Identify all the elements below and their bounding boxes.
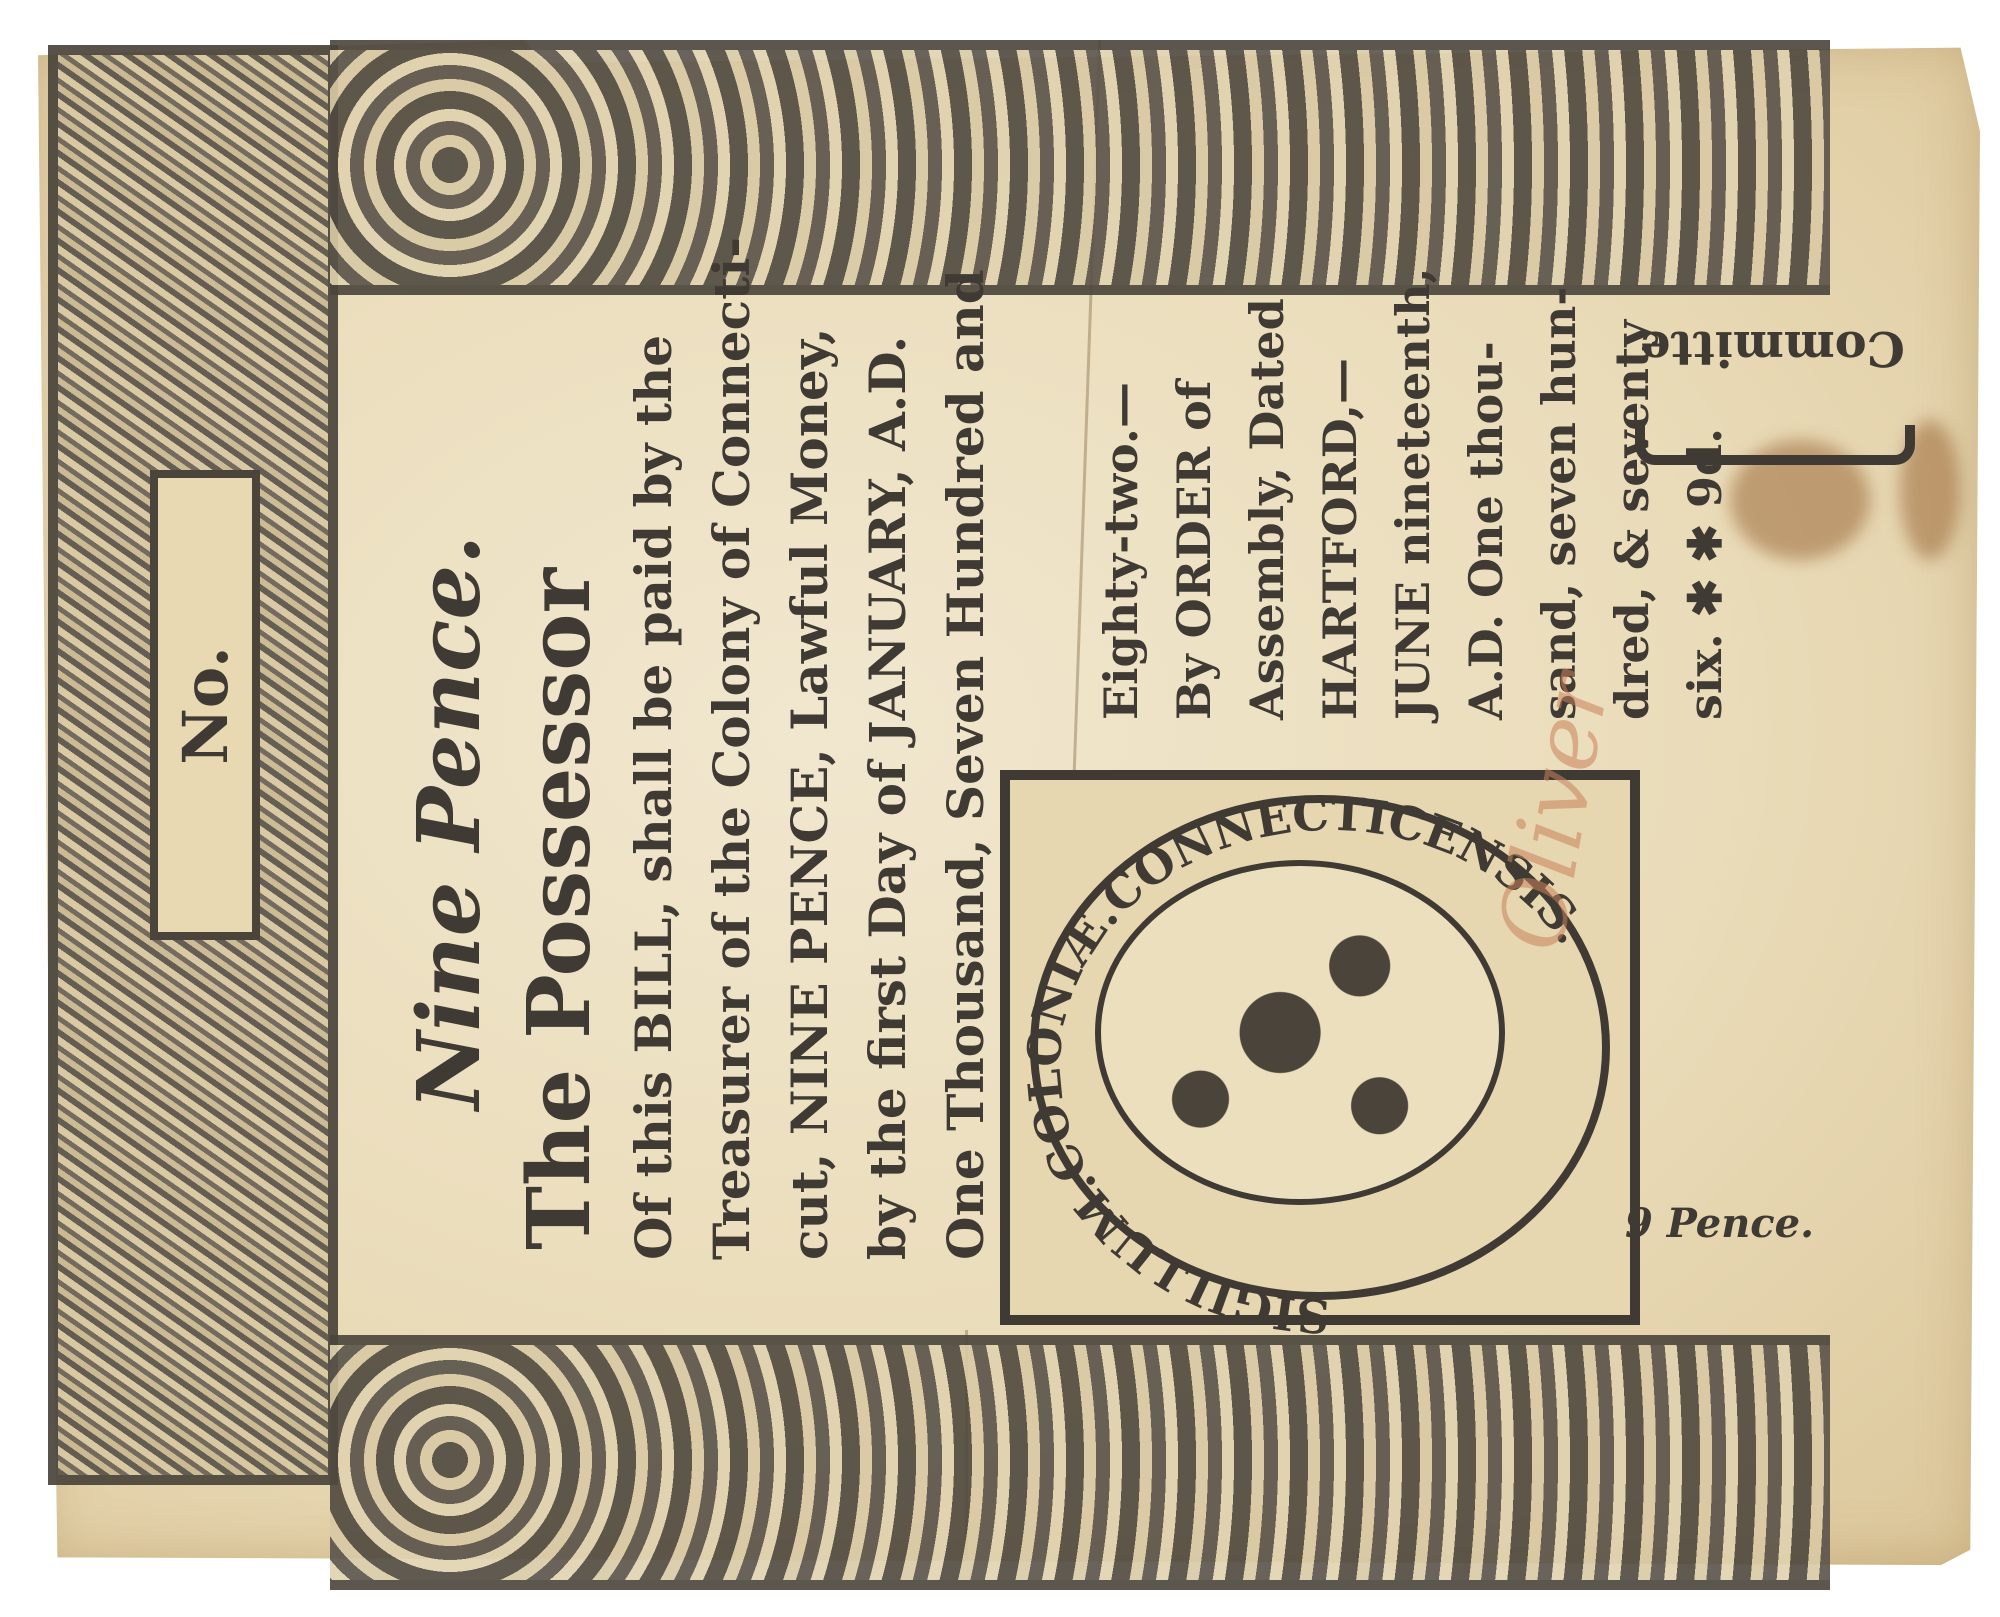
body-line: One Thousand, Seven Hundred and [927,330,1005,1260]
order-line: By ORDER of [1158,290,1231,720]
order-line: JUNE nineteenth, [1377,290,1450,720]
order-line: A.D. One thou- [1450,290,1523,720]
bottom-ornamental-band [330,1335,1830,1590]
body-line: Eighty-two.— [1085,290,1158,720]
body-line: by the first Day of JANUARY, A.D. [849,330,927,1260]
order-text-block: Eighty-two.— By ORDER of Assembly, Dated… [1085,290,1685,720]
body-line: cut, NINE PENCE, Lawful Money, [771,330,849,1260]
order-line: sand, seven hun- [1523,290,1596,720]
body-line: Treasurer of the Colony of Connecti- [693,330,771,1260]
top-ornamental-band [330,40,1830,295]
denomination-heading: Nine Pence. [395,330,505,1260]
possessor-heading: The Possessor [505,330,615,1260]
committee-label: Committe [1640,320,1905,376]
order-line: HARTFORD,— [1304,290,1377,720]
value-footer: 9 Pence. [1625,1200,1814,1247]
brace-ornament-icon [1635,425,1915,465]
serial-label: No. [169,646,242,765]
body-line: Of this BILL, shall be paid by the [615,330,693,1260]
order-line: Assembly, Dated [1231,290,1304,720]
serial-number-panel: No. [150,470,260,940]
